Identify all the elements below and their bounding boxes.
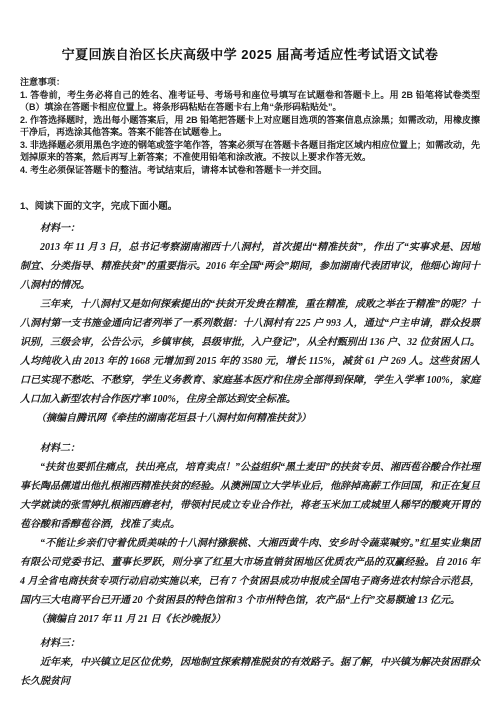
material-source: （摘编自腾讯网《牵挂的湖南花垣县十八洞村如何精准扶贫》）: [20, 409, 480, 428]
question-prompt: 1、阅读下面的文字，完成下面小题。: [20, 200, 480, 214]
notice-item: 3. 非选择题必须用黑色字迹的钢笔或签字笔作答，答案必须写在答题卡各题目指定区域…: [20, 139, 480, 164]
exam-title: 宁夏回族自治区长庆高级中学 2025 届高考适应性考试语文试卷: [20, 44, 480, 63]
material-label: 材料一：: [20, 219, 480, 238]
notice-item: 4. 考生必须保证答题卡的整洁。考试结束后，请将本试卷和答题卡一并交回。: [20, 164, 480, 177]
material-label: 材料二：: [20, 439, 480, 458]
material-three-block: 材料三： 近年来，中兴镇立足区位优势，因地制宜探索精准脱贫的有效路子。据了解，中…: [20, 634, 480, 691]
material-paragraph: “不能让乡亲们守着优质美味的十八洞村猕猴桃、大湘西黄牛肉、安乡时令蔬菜喊穷。”红…: [20, 534, 480, 610]
material-paragraph: “扶贫也要抓住痛点，扶出亮点，培育卖点！”公益组织“黑土麦田”的扶贫专员、湘西苞…: [20, 458, 480, 534]
material-two-block: 材料二： “扶贫也要抓住痛点，扶出亮点，培育卖点！”公益组织“黑土麦田”的扶贫专…: [20, 439, 480, 629]
material-paragraph: 2013 年 11 月 3 日，总书记考察湖南湘西十八洞村，首次提出“精准扶贫”…: [20, 238, 480, 295]
notice-heading: 注意事项：: [20, 76, 480, 89]
material-paragraph: 三年来，十八洞村又是如何探索提出的“扶贫开发贵在精准，重在精准，成败之举在于精准…: [20, 295, 480, 409]
notice-item: 2. 作答选择题时，选出每小题答案后，用 2B 铅笔把答题卡上对应题目选项的答案…: [20, 114, 480, 139]
material-source: （摘编自 2017 年 11 月 21 日《长沙晚报》）: [20, 610, 480, 629]
material-label: 材料三：: [20, 634, 480, 653]
exam-paper-page: 宁夏回族自治区长庆高级中学 2025 届高考适应性考试语文试卷 注意事项： 1.…: [0, 0, 500, 707]
material-one-block: 材料一： 2013 年 11 月 3 日，总书记考察湖南湘西十八洞村，首次提出“…: [20, 219, 480, 428]
notice-section: 注意事项： 1. 答卷前，考生务必将自己的姓名、准考证号、考场号和座位号填写在试…: [20, 76, 480, 176]
notice-item: 1. 答卷前，考生务必将自己的姓名、准考证号、考场号和座位号填写在试题卷和答题卡…: [20, 89, 480, 114]
material-paragraph: 近年来，中兴镇立足区位优势，因地制宜探索精准脱贫的有效路子。据了解，中兴镇为解决…: [20, 653, 480, 691]
